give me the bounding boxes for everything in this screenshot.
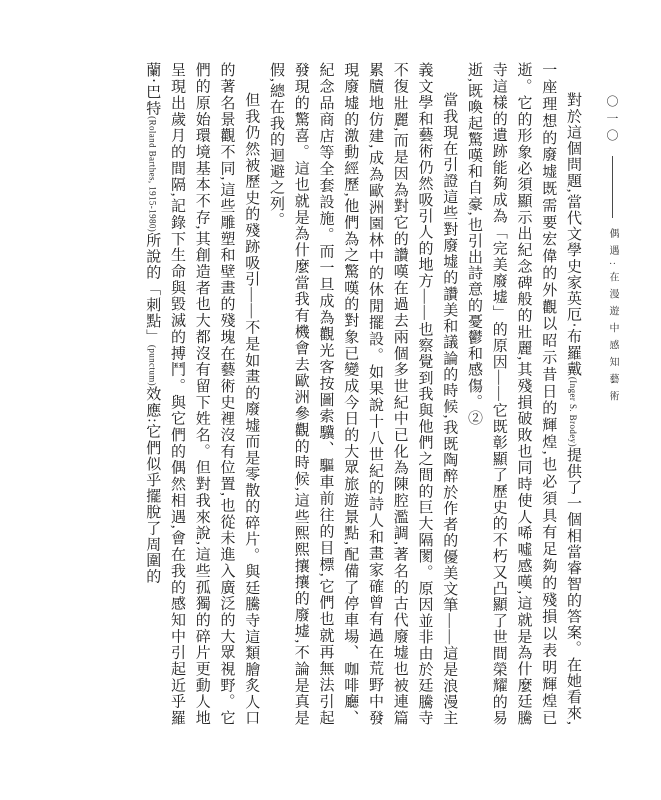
paragraph: 當我現在引證這些對廢墟的讚美和議論的時候,我既陶醉於作者的優美文筆——這是浪漫主… [263, 62, 461, 726]
text-run: 但我仍然被歷史的殘跡吸引——不是如畫的廢墟而是零散的碎片。與廷騰寺這類膾炙人口的… [144, 62, 259, 726]
page-number: 〇一〇 [605, 95, 619, 146]
text-run: 當我現在引證這些對廢墟的讚美和議論的時候,我既陶醉於作者的優美文筆——這是浪漫主… [268, 62, 457, 726]
text-run: 對於這個問題,當代文學史家英厄‧布羅戴 [565, 92, 581, 377]
body-text: 對於這個問題,當代文學史家英厄‧布羅戴(Inger S. Brodey)提供了一… [140, 62, 586, 726]
paragraph: 對於這個問題,當代文學史家英厄‧布羅戴(Inger S. Brodey)提供了一… [461, 62, 585, 726]
latin-inline-text: (Inger S. Brodey) [568, 377, 578, 447]
book-page: 〇一〇偶遇:在漫遊中感知藝術 對於這個問題,當代文學史家英厄‧布羅戴(Inger… [0, 0, 661, 800]
paragraph: 但我仍然被歷史的殘跡吸引——不是如畫的廢墟而是零散的碎片。與廷騰寺這類膾炙人口的… [140, 62, 264, 726]
text-run: 效應:它們似乎擺脫了周圍的 [144, 386, 160, 584]
text-run: 提供了一個相當睿智的答案。在她看來,一座理想的廢墟既需要宏偉的外觀以昭示昔日的輝… [466, 62, 581, 726]
text-run: 所說的「刺點」 [144, 232, 160, 345]
running-head: 〇一〇偶遇:在漫遊中感知藝術 [603, 95, 621, 408]
latin-inline-text: (Roland Barthes, 1915-1980) [147, 116, 157, 232]
chapter-title: 偶遇:在漫遊中感知藝術 [607, 228, 618, 408]
header-divider [612, 156, 613, 218]
latin-inline-text: (punctum) [147, 345, 157, 386]
